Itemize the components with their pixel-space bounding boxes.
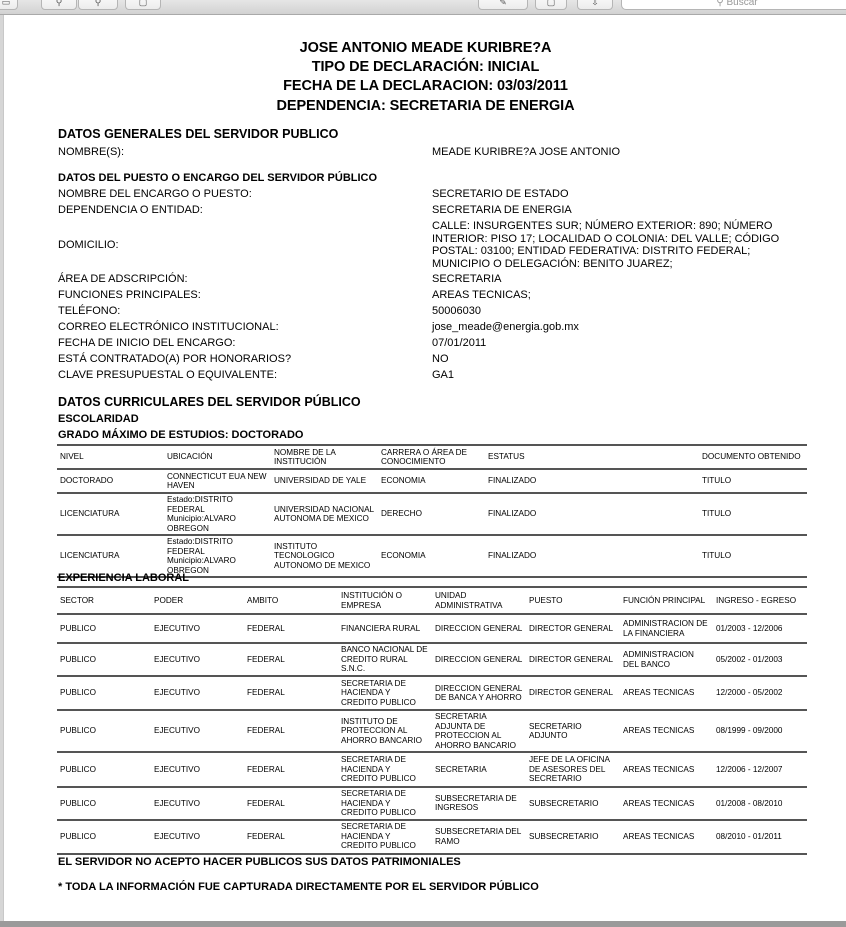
general-data-title: DATOS GENERALES DEL SERVIDOR PUBLICO bbox=[58, 127, 338, 141]
work-experience-table: SECTORPODERAMBITOINSTITUCIÓN O EMPRESAUN… bbox=[57, 586, 807, 855]
table-cell: EJECUTIVO bbox=[151, 752, 244, 787]
field-label: CLAVE PRESUPUESTAL O EQUIVALENTE: bbox=[58, 369, 277, 381]
page-bottom-edge bbox=[0, 921, 846, 927]
zoom-out-icon: ⚲ bbox=[56, 0, 63, 7]
table-cell: TITULO bbox=[699, 493, 807, 535]
escolaridad-title: ESCOLARIDAD bbox=[58, 413, 139, 425]
table-row: PUBLICOEJECUTIVOFEDERALFINANCIERA RURALD… bbox=[57, 614, 807, 643]
table-row: PUBLICOEJECUTIVOFEDERALSECRETARIA DE HAC… bbox=[57, 787, 807, 820]
table-cell: LICENCIATURA bbox=[57, 535, 164, 577]
table-cell: EJECUTIVO bbox=[151, 820, 244, 854]
education-table: NIVELUBICACIÓNNOMBRE DE LA INSTITUCIÓNCA… bbox=[57, 444, 807, 578]
table-cell: PUBLICO bbox=[57, 710, 151, 752]
nombre-label: NOMBRE(S): bbox=[58, 146, 124, 158]
field-value: NO bbox=[432, 353, 802, 366]
table-cell: SECRETARIA DE HACIENDA Y CREDITO PUBLICO bbox=[338, 787, 432, 820]
table-cell: PUBLICO bbox=[57, 676, 151, 710]
field-label: DOMICILIO: bbox=[58, 239, 119, 251]
table-row: PUBLICOEJECUTIVOFEDERALSECRETARIA DE HAC… bbox=[57, 752, 807, 787]
table-cell: SUBSECRETARIA DEL RAMO bbox=[432, 820, 526, 854]
table-cell: DIRECTOR GENERAL bbox=[526, 676, 620, 710]
table-cell: DIRECTOR GENERAL bbox=[526, 643, 620, 676]
column-header: INGRESO - EGRESO bbox=[713, 587, 807, 614]
share-icon: ▢ bbox=[139, 0, 148, 7]
table-cell: FEDERAL bbox=[244, 614, 338, 643]
table-cell: AREAS TECNICAS bbox=[620, 820, 713, 854]
table-cell: DERECHO bbox=[378, 493, 485, 535]
table-cell: FEDERAL bbox=[244, 752, 338, 787]
column-header: FUNCIÓN PRINCIPAL bbox=[620, 587, 713, 614]
rotate-button[interactable]: ▢ bbox=[535, 0, 567, 10]
table-cell: 01/2008 - 08/2010 bbox=[713, 787, 807, 820]
pen-icon: ✎ bbox=[499, 0, 507, 7]
table-row: PUBLICOEJECUTIVOFEDERALSECRETARIA DE HAC… bbox=[57, 820, 807, 854]
table-cell: DIRECCION GENERAL bbox=[432, 614, 526, 643]
table-cell: 12/2000 - 05/2002 bbox=[713, 676, 807, 710]
field-label: TELÉFONO: bbox=[58, 305, 120, 317]
table-cell: BANCO NACIONAL DE CREDITO RURAL S.N.C. bbox=[338, 643, 432, 676]
field-label: ÁREA DE ADSCRIPCIÓN: bbox=[58, 273, 188, 285]
field-label: FUNCIONES PRINCIPALES: bbox=[58, 289, 201, 301]
patrimonial-note: EL SERVIDOR NO ACEPTO HACER PUBLICOS SUS… bbox=[58, 856, 461, 868]
table-cell: SUBSECRETARIO bbox=[526, 787, 620, 820]
table-cell: SUBSECRETARIO bbox=[526, 820, 620, 854]
table-cell: FEDERAL bbox=[244, 710, 338, 752]
table-cell: PUBLICO bbox=[57, 820, 151, 854]
table-cell: PUBLICO bbox=[57, 614, 151, 643]
table-cell: UNIVERSIDAD DE YALE bbox=[271, 469, 378, 493]
table-cell: TITULO bbox=[699, 469, 807, 493]
table-cell: FEDERAL bbox=[244, 787, 338, 820]
table-cell: 01/2003 - 12/2006 bbox=[713, 614, 807, 643]
field-label: NOMBRE DEL ENCARGO O PUESTO: bbox=[58, 188, 252, 200]
table-cell: PUBLICO bbox=[57, 643, 151, 676]
column-header: UBICACIÓN bbox=[164, 445, 271, 469]
rotate-icon: ▢ bbox=[547, 0, 556, 7]
table-cell: FEDERAL bbox=[244, 820, 338, 854]
export-icon: ⇩ bbox=[591, 0, 599, 7]
table-cell: 12/2006 - 12/2007 bbox=[713, 752, 807, 787]
table-cell: PUBLICO bbox=[57, 752, 151, 787]
annotate-button[interactable]: ✎ bbox=[478, 0, 528, 10]
table-cell: PUBLICO bbox=[57, 787, 151, 820]
field-value: AREAS TECNICAS; bbox=[432, 289, 802, 302]
field-value: SECRETARIA bbox=[432, 273, 802, 286]
column-header: NIVEL bbox=[57, 445, 164, 469]
table-cell: DIRECTOR GENERAL bbox=[526, 614, 620, 643]
table-row: PUBLICOEJECUTIVOFEDERALSECRETARIA DE HAC… bbox=[57, 676, 807, 710]
table-cell: ADMINISTRACION DE LA FINANCIERA bbox=[620, 614, 713, 643]
table-cell: EJECUTIVO bbox=[151, 787, 244, 820]
table-cell: AREAS TECNICAS bbox=[620, 752, 713, 787]
field-value: GA1 bbox=[432, 369, 802, 382]
table-cell: EJECUTIVO bbox=[151, 614, 244, 643]
table-cell: SECRETARIA bbox=[432, 752, 526, 787]
table-cell: EJECUTIVO bbox=[151, 643, 244, 676]
sidebar-icon: ▭ bbox=[2, 0, 11, 7]
table-cell: CONNECTICUT EUA NEW HAVEN bbox=[164, 469, 271, 493]
table-row: PUBLICOEJECUTIVOFEDERALINSTITUTO DE PROT… bbox=[57, 710, 807, 752]
table-cell: JEFE DE LA OFICINA DE ASESORES DEL SECRE… bbox=[526, 752, 620, 787]
table-cell: FEDERAL bbox=[244, 676, 338, 710]
position-data-title: DATOS DEL PUESTO O ENCARGO DEL SERVIDOR … bbox=[58, 172, 377, 184]
table-cell: EJECUTIVO bbox=[151, 710, 244, 752]
field-value: 50006030 bbox=[432, 305, 802, 318]
table-cell: FINALIZADO bbox=[485, 469, 699, 493]
declaration-date: FECHA DE LA DECLARACION: 03/03/2011 bbox=[4, 78, 846, 94]
viewer-toolbar: ▭ ⚲ ⚲ ▢ ✎ ▢ ⇩ ⚲ Buscar bbox=[0, 0, 846, 15]
table-cell: DOCTORADO bbox=[57, 469, 164, 493]
column-header: PUESTO bbox=[526, 587, 620, 614]
document-page: JOSE ANTONIO MEADE KURIBRE?A TIPO DE DEC… bbox=[3, 15, 846, 921]
table-cell: UNIVERSIDAD NACIONAL AUTONOMA DE MEXICO bbox=[271, 493, 378, 535]
table-cell: SECRETARIO ADJUNTO bbox=[526, 710, 620, 752]
table-cell: LICENCIATURA bbox=[57, 493, 164, 535]
table-cell: AREAS TECNICAS bbox=[620, 787, 713, 820]
table-cell: ADMINISTRACION DEL BANCO bbox=[620, 643, 713, 676]
table-cell: DIRECCION GENERAL DE BANCA Y AHORRO bbox=[432, 676, 526, 710]
search-field[interactable]: ⚲ Buscar bbox=[621, 0, 846, 10]
sidebar-button[interactable]: ▭ bbox=[0, 0, 18, 10]
share-button[interactable]: ▢ bbox=[125, 0, 161, 10]
field-value: 07/01/2011 bbox=[432, 337, 802, 350]
declaration-type: TIPO DE DECLARACIÓN: INICIAL bbox=[4, 59, 846, 75]
search-placeholder: Buscar bbox=[726, 0, 757, 8]
table-cell: SECRETARIA DE HACIENDA Y CREDITO PUBLICO bbox=[338, 676, 432, 710]
column-header: SECTOR bbox=[57, 587, 151, 614]
grado-title: GRADO MÁXIMO DE ESTUDIOS: DOCTORADO bbox=[58, 429, 303, 441]
zoom-out-button[interactable]: ⚲ bbox=[41, 0, 77, 10]
table-cell: ECONOMIA bbox=[378, 535, 485, 577]
zoom-in-icon: ⚲ bbox=[95, 0, 102, 7]
column-header: PODER bbox=[151, 587, 244, 614]
declarant-name: JOSE ANTONIO MEADE KURIBRE?A bbox=[4, 40, 846, 56]
field-label: ESTÁ CONTRATADO(A) POR HONORARIOS? bbox=[58, 353, 291, 365]
table-row: LICENCIATURAEstado:DISTRITO FEDERAL Muni… bbox=[57, 535, 807, 577]
field-value: jose_meade@energia.gob.mx bbox=[432, 321, 802, 334]
field-label: FECHA DE INICIO DEL ENCARGO: bbox=[58, 337, 235, 349]
table-row: DOCTORADOCONNECTICUT EUA NEW HAVENUNIVER… bbox=[57, 469, 807, 493]
column-header: CARRERA O ÁREA DE CONOCIMIENTO bbox=[378, 445, 485, 469]
table-cell: DIRECCION GENERAL bbox=[432, 643, 526, 676]
column-header: NOMBRE DE LA INSTITUCIÓN bbox=[271, 445, 378, 469]
nombre-value: MEADE KURIBRE?A JOSE ANTONIO bbox=[432, 146, 802, 159]
table-cell: SECRETARIA DE HACIENDA Y CREDITO PUBLICO bbox=[338, 820, 432, 854]
table-cell: FINANCIERA RURAL bbox=[338, 614, 432, 643]
table-cell: INSTITUTO TECNOLOGICO AUTONOMO DE MEXICO bbox=[271, 535, 378, 577]
table-cell: 05/2002 - 01/2003 bbox=[713, 643, 807, 676]
table-cell: ECONOMIA bbox=[378, 469, 485, 493]
table-cell: SECRETARIA DE HACIENDA Y CREDITO PUBLICO bbox=[338, 752, 432, 787]
column-header: INSTITUCIÓN O EMPRESA bbox=[338, 587, 432, 614]
field-value: SECRETARIO DE ESTADO bbox=[432, 188, 802, 201]
table-cell: 08/1999 - 09/2000 bbox=[713, 710, 807, 752]
table-header-row: NIVELUBICACIÓNNOMBRE DE LA INSTITUCIÓNCA… bbox=[57, 445, 807, 469]
table-cell: 08/2010 - 01/2011 bbox=[713, 820, 807, 854]
curricular-data-title: DATOS CURRICULARES DEL SERVIDOR PÚBLICO bbox=[58, 395, 361, 409]
table-row: PUBLICOEJECUTIVOFEDERALBANCO NACIONAL DE… bbox=[57, 643, 807, 676]
field-value: CALLE: INSURGENTES SUR; NÚMERO EXTERIOR:… bbox=[432, 220, 802, 270]
table-cell: Estado:DISTRITO FEDERAL Municipio:ALVARO… bbox=[164, 535, 271, 577]
table-cell: INSTITUTO DE PROTECCION AL AHORRO BANCAR… bbox=[338, 710, 432, 752]
table-cell: FINALIZADO bbox=[485, 535, 699, 577]
table-cell: AREAS TECNICAS bbox=[620, 710, 713, 752]
table-cell: AREAS TECNICAS bbox=[620, 676, 713, 710]
table-cell: SUBSECRETARIA DE INGRESOS bbox=[432, 787, 526, 820]
zoom-in-button[interactable]: ⚲ bbox=[78, 0, 118, 10]
table-cell: Estado:DISTRITO FEDERAL Municipio:ALVARO… bbox=[164, 493, 271, 535]
table-cell: SECRETARIA ADJUNTA DE PROTECCION AL AHOR… bbox=[432, 710, 526, 752]
column-header: UNIDAD ADMINISTRATIVA bbox=[432, 587, 526, 614]
table-cell: EJECUTIVO bbox=[151, 676, 244, 710]
field-value: SECRETARIA DE ENERGIA bbox=[432, 204, 802, 217]
field-label: DEPENDENCIA O ENTIDAD: bbox=[58, 204, 203, 216]
export-button[interactable]: ⇩ bbox=[577, 0, 613, 10]
table-cell: TITULO bbox=[699, 535, 807, 577]
table-row: LICENCIATURAEstado:DISTRITO FEDERAL Muni… bbox=[57, 493, 807, 535]
column-header: DOCUMENTO OBTENIDO bbox=[699, 445, 807, 469]
table-cell: FEDERAL bbox=[244, 643, 338, 676]
capture-note: * TODA LA INFORMACIÓN FUE CAPTURADA DIRE… bbox=[58, 881, 539, 893]
column-header: ESTATUS bbox=[485, 445, 699, 469]
experiencia-title: EXPERIENCIA LABORAL bbox=[58, 572, 189, 584]
column-header: AMBITO bbox=[244, 587, 338, 614]
field-label: CORREO ELECTRÓNICO INSTITUCIONAL: bbox=[58, 321, 279, 333]
table-cell: FINALIZADO bbox=[485, 493, 699, 535]
declaration-agency: DEPENDENCIA: SECRETARIA DE ENERGIA bbox=[4, 98, 846, 114]
search-icon: ⚲ bbox=[716, 0, 726, 8]
table-header-row: SECTORPODERAMBITOINSTITUCIÓN O EMPRESAUN… bbox=[57, 587, 807, 614]
